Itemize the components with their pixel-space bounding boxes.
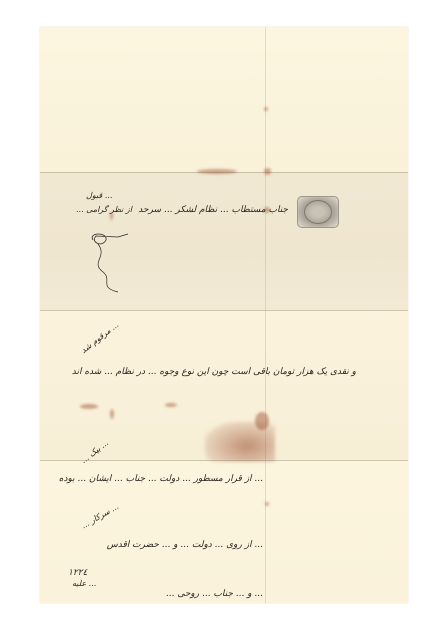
margin-note-top: ... قبول — [86, 191, 112, 200]
body-line-3: ... از روی ... دولت ... و ... حضرت اقدس — [107, 540, 263, 550]
seal-stamp — [297, 196, 339, 228]
seal-emblem-icon — [304, 200, 332, 224]
address-line: جناب مستطاب ... نظام لشکر ... سرحد — [138, 205, 288, 215]
body-line-1: و نقدی یک هزار تومان باقی است چون این نو… — [72, 367, 356, 377]
stain — [255, 412, 269, 430]
body-line-2: ... از قرار مسطور ... دولت ... جناب ... … — [59, 474, 263, 484]
margin-note: ... علیه — [72, 579, 96, 588]
stain — [265, 502, 269, 506]
vertical-crease — [265, 27, 266, 603]
fold-line — [40, 310, 408, 311]
stain — [80, 404, 98, 409]
stain — [264, 107, 268, 111]
margin-note: از نظر گرامی ... — [76, 205, 132, 214]
body-line-4: ... و ... جناب ... روحی ... — [166, 589, 263, 599]
stain — [165, 403, 177, 407]
signature-flourish — [88, 232, 138, 302]
stain — [110, 409, 114, 419]
year-number: ١٢٢٤ — [68, 568, 87, 578]
manuscript-page: جناب مستطاب ... نظام لشکر ... سرحد از نظ… — [40, 27, 408, 603]
fold-panel-top — [40, 27, 408, 172]
stain — [264, 168, 271, 175]
stain — [197, 169, 237, 174]
